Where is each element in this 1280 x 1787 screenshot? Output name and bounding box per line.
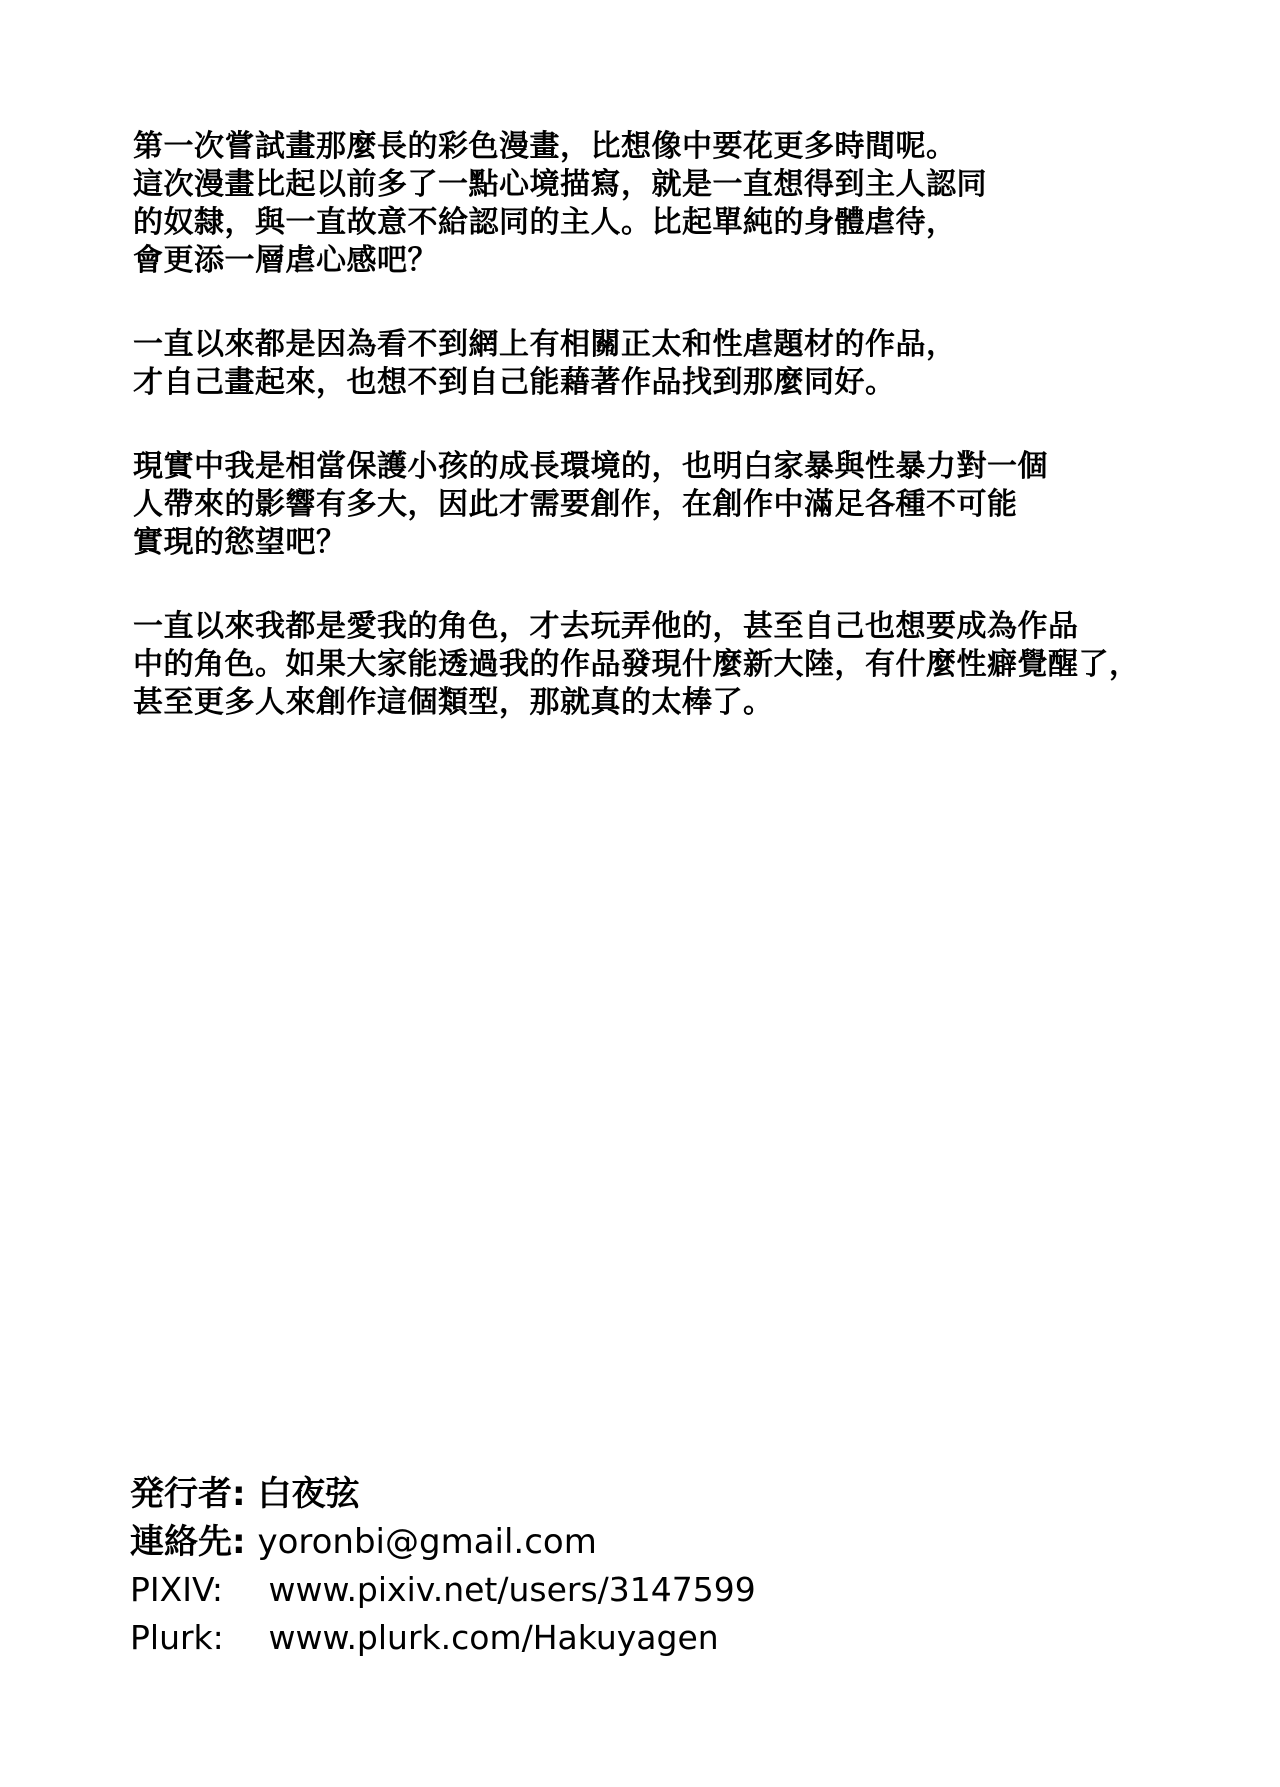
publisher-label: 発行者: — [130, 1474, 246, 1514]
afterword-body: 第一次嘗試畫那麼長的彩色漫畫，比想像中要花更多時間呢。 這次漫畫比起以前多了一點… — [133, 128, 1183, 768]
pixiv-line: PIXIV: www.pixiv.net/users/3147599 — [130, 1566, 756, 1614]
text-line: 現實中我是相當保護小孩的成長環境的，也明白家暴與性暴力對一個 — [133, 448, 1183, 486]
contact-email: yoronbi@gmail.com — [257, 1522, 596, 1562]
text-line: 中的角色。如果大家能透過我的作品發現什麼新大陸，有什麼性癖覺醒了， — [133, 646, 1183, 684]
pixiv-label: PIXIV: — [130, 1566, 258, 1614]
text-line: 甚至更多人來創作這個類型，那就真的太棒了。 — [133, 684, 1183, 722]
contact-label: 連絡先: — [130, 1522, 246, 1562]
text-line: 的奴隸，與一直故意不給認同的主人。比起單純的身體虐待， — [133, 204, 1183, 242]
contact-line: 連絡先: yoronbi@gmail.com — [130, 1518, 756, 1566]
text-line: 才自己畫起來，也想不到自己能藉著作品找到那麼同好。 — [133, 364, 1183, 402]
text-line: 實現的慾望吧？ — [133, 524, 1183, 562]
text-line: 這次漫畫比起以前多了一點心境描寫，就是一直想得到主人認同 — [133, 166, 1183, 204]
text-line: 人帶來的影響有多大，因此才需要創作，在創作中滿足各種不可能 — [133, 486, 1183, 524]
text-line: 一直以來都是因為看不到網上有相關正太和性虐題材的作品， — [133, 326, 1183, 364]
plurk-line: Plurk: www.plurk.com/Hakuyagen — [130, 1614, 756, 1662]
plurk-url: www.plurk.com/Hakuyagen — [269, 1618, 719, 1657]
publisher-line: 発行者: 白夜弦 — [130, 1470, 756, 1518]
pixiv-url: www.pixiv.net/users/3147599 — [269, 1570, 756, 1609]
text-line: 會更添一層虐心感吧？ — [133, 242, 1183, 280]
paragraph-1: 第一次嘗試畫那麼長的彩色漫畫，比想像中要花更多時間呢。 這次漫畫比起以前多了一點… — [133, 128, 1183, 280]
publisher-name: 白夜弦 — [257, 1474, 359, 1514]
text-line: 第一次嘗試畫那麼長的彩色漫畫，比想像中要花更多時間呢。 — [133, 128, 1183, 166]
paragraph-3: 現實中我是相當保護小孩的成長環境的，也明白家暴與性暴力對一個 人帶來的影響有多大… — [133, 448, 1183, 562]
colophon: 発行者: 白夜弦 連絡先: yoronbi@gmail.com PIXIV: w… — [130, 1470, 756, 1662]
plurk-label: Plurk: — [130, 1614, 258, 1662]
paragraph-4: 一直以來我都是愛我的角色，才去玩弄他的，甚至自己也想要成為作品 中的角色。如果大… — [133, 608, 1183, 722]
paragraph-2: 一直以來都是因為看不到網上有相關正太和性虐題材的作品， 才自己畫起來，也想不到自… — [133, 326, 1183, 402]
text-line: 一直以來我都是愛我的角色，才去玩弄他的，甚至自己也想要成為作品 — [133, 608, 1183, 646]
